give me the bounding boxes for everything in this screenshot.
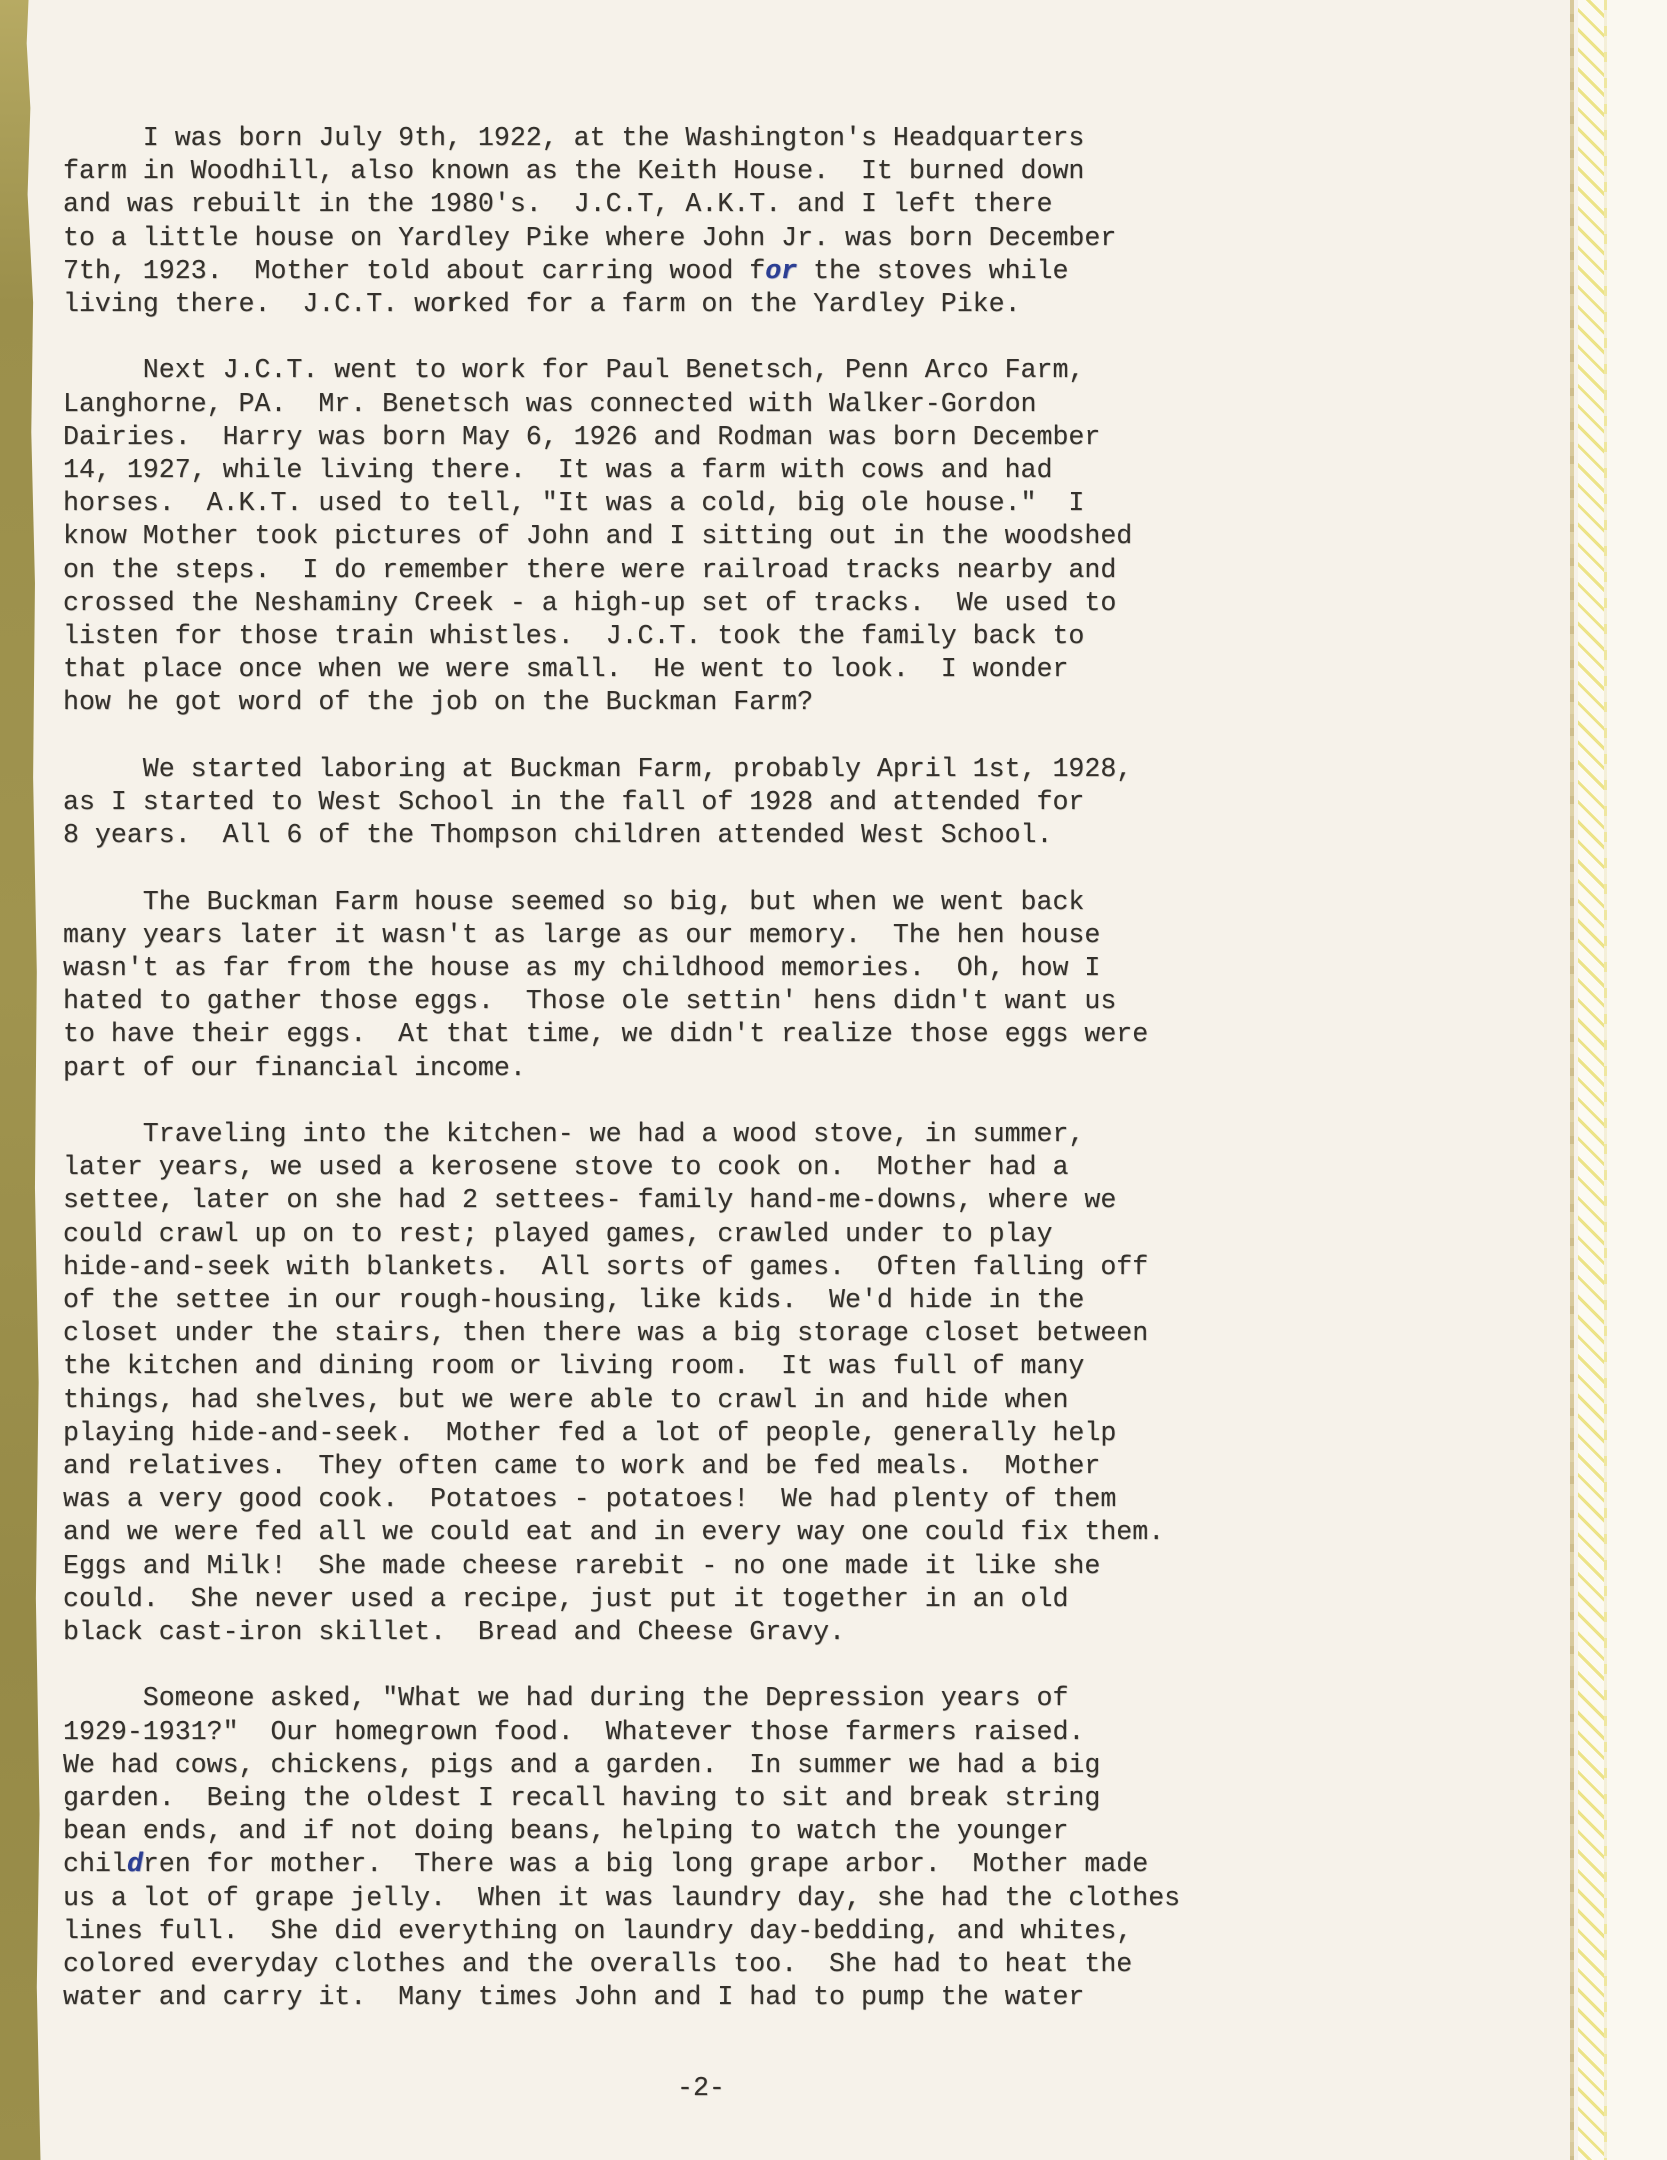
- text-line: We had cows, chickens, pigs and a garden…: [63, 1749, 1243, 1782]
- text-line: farm in Woodhill, also known as the Keit…: [63, 155, 1243, 188]
- text-line: colored everyday clothes and the overall…: [63, 1948, 1243, 1981]
- text-line: horses. A.K.T. used to tell, "It was a c…: [63, 487, 1243, 520]
- text-line: on the steps. I do remember there were r…: [63, 554, 1243, 587]
- page-edge-line: [1570, 0, 1574, 2160]
- text-line: black cast-iron skillet. Bread and Chees…: [63, 1616, 1243, 1649]
- text-line: things, had shelves, but we were able to…: [63, 1384, 1243, 1417]
- page-edge-paper: [1607, 0, 1667, 2160]
- text-line: could crawl up on to rest; played games,…: [63, 1218, 1243, 1251]
- text-line: water and carry it. Many times John and …: [63, 1981, 1243, 2014]
- text-line: wasn't as far from the house as my child…: [63, 952, 1243, 985]
- paragraph: Traveling into the kitchen- we had a woo…: [63, 1118, 1243, 1649]
- text-line: settee, later on she had 2 settees- fami…: [63, 1184, 1243, 1217]
- text-line: lines full. She did everything on laundr…: [63, 1915, 1243, 1948]
- text-line: and was rebuilt in the 1980's. J.C.T, A.…: [63, 188, 1243, 221]
- text-line: 14, 1927, while living there. It was a f…: [63, 454, 1243, 487]
- page-edge-inner-line: [1604, 0, 1607, 2160]
- text-line: garden. Being the oldest I recall having…: [63, 1782, 1243, 1815]
- text-line: to have their eggs. At that time, we did…: [63, 1018, 1243, 1051]
- text-line: know Mother took pictures of John and I …: [63, 520, 1243, 553]
- text-line: 8 years. All 6 of the Thompson children …: [63, 819, 1243, 852]
- text-line: We started laboring at Buckman Farm, pro…: [63, 753, 1243, 786]
- paragraph: I was born July 9th, 1922, at the Washin…: [63, 122, 1243, 321]
- typewritten-text: I was born July 9th, 1922, at the Washin…: [63, 122, 1243, 2048]
- text-line: hide-and-seek with blankets. All sorts o…: [63, 1251, 1243, 1284]
- text-line: and we were fed all we could eat and in …: [63, 1516, 1243, 1549]
- text-line: Next J.C.T. went to work for Paul Benets…: [63, 354, 1243, 387]
- text-line: many years later it wasn't as large as o…: [63, 919, 1243, 952]
- text-line: could. She never used a recipe, just put…: [63, 1583, 1243, 1616]
- text-line: how he got word of the job on the Buckma…: [63, 686, 1243, 719]
- scanned-page: I was born July 9th, 1922, at the Washin…: [0, 0, 1667, 2160]
- text-line: Dairies. Harry was born May 6, 1926 and …: [63, 421, 1243, 454]
- paragraph: Someone asked, "What we had during the D…: [63, 1682, 1243, 2014]
- text-line: us a lot of grape jelly. When it was lau…: [63, 1882, 1243, 1915]
- handwritten-ink-correction: or: [765, 256, 797, 286]
- paragraph: We started laboring at Buckman Farm, pro…: [63, 753, 1243, 853]
- text-line: part of our financial income.: [63, 1052, 1243, 1085]
- text-line: hated to gather those eggs. Those ole se…: [63, 985, 1243, 1018]
- typed-overstrike: r: [446, 289, 462, 319]
- handwritten-ink-correction: d: [127, 1849, 143, 1879]
- text-line: later years, we used a kerosene stove to…: [63, 1151, 1243, 1184]
- text-line: bean ends, and if not doing beans, helpi…: [63, 1815, 1243, 1848]
- page-number: -2-: [677, 2072, 725, 2105]
- text-line: Someone asked, "What we had during the D…: [63, 1682, 1243, 1715]
- text-line: Traveling into the kitchen- we had a woo…: [63, 1118, 1243, 1151]
- text-line: 7th, 1923. Mother told about carring woo…: [63, 255, 1243, 288]
- text-line: playing hide-and-seek. Mother fed a lot …: [63, 1417, 1243, 1450]
- text-line: was a very good cook. Potatoes - potatoe…: [63, 1483, 1243, 1516]
- text-line: of the settee in our rough-housing, like…: [63, 1284, 1243, 1317]
- text-line: to a little house on Yardley Pike where …: [63, 222, 1243, 255]
- text-line: as I started to West School in the fall …: [63, 786, 1243, 819]
- paragraph: The Buckman Farm house seemed so big, bu…: [63, 886, 1243, 1085]
- text-line: Eggs and Milk! She made cheese rarebit -…: [63, 1550, 1243, 1583]
- text-line: crossed the Neshaminy Creek - a high-up …: [63, 587, 1243, 620]
- text-line: and relatives. They often came to work a…: [63, 1450, 1243, 1483]
- text-line: I was born July 9th, 1922, at the Washin…: [63, 122, 1243, 155]
- text-line: living there. J.C.T. worked for a farm o…: [63, 288, 1243, 321]
- paragraph: Next J.C.T. went to work for Paul Benets…: [63, 354, 1243, 719]
- text-line: children for mother. There was a big lon…: [63, 1848, 1243, 1881]
- page-edge-weave-stripes: [1578, 0, 1604, 2160]
- text-line: the kitchen and dining room or living ro…: [63, 1350, 1243, 1383]
- text-line: listen for those train whistles. J.C.T. …: [63, 620, 1243, 653]
- text-line: The Buckman Farm house seemed so big, bu…: [63, 886, 1243, 919]
- text-line: 1929-1931?" Our homegrown food. Whatever…: [63, 1716, 1243, 1749]
- text-line: that place once when we were small. He w…: [63, 653, 1243, 686]
- text-line: Langhorne, PA. Mr. Benetsch was connecte…: [63, 388, 1243, 421]
- binding-tape-left: [0, 0, 46, 2160]
- text-line: closet under the stairs, then there was …: [63, 1317, 1243, 1350]
